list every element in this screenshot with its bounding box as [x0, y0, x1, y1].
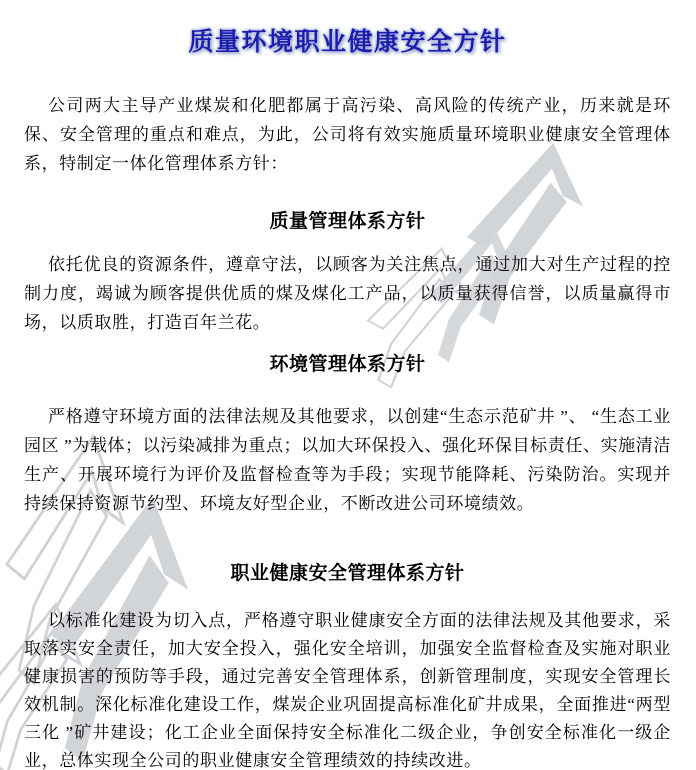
- section-heading-quality: 质量管理体系方针: [24, 206, 671, 233]
- section-heading-occupational-health-safety: 职业健康安全管理体系方针: [24, 558, 671, 585]
- page-title: 质量环境职业健康安全方针: [24, 22, 671, 58]
- section-body-quality: 依托优良的资源条件，遵章守法，以顾客为关注焦点，通过加大对生产过程的控制力度，竭…: [24, 250, 671, 337]
- document-content: 质量环境职业健康安全方针 公司两大主导产业煤炭和化肥都属于高污染、高风险的传统产…: [0, 0, 696, 770]
- document-page: 质量环境职业健康安全方针 公司两大主导产业煤炭和化肥都属于高污染、高风险的传统产…: [0, 0, 696, 770]
- section-body-occupational-health-safety: 以标准化建设为切入点，严格遵守职业健康安全方面的法律法规及其他要求，采取落实安全…: [24, 607, 671, 770]
- section-heading-environment: 环境管理体系方针: [24, 349, 671, 376]
- section-body-environment: 严格遵守环境方面的法律法规及其他要求，以创建“生态示范矿井 ”、 “生态工业园区…: [24, 402, 671, 518]
- intro-paragraph: 公司两大主导产业煤炭和化肥都属于高污染、高风险的传统产业，历来就是环保、安全管理…: [24, 91, 671, 178]
